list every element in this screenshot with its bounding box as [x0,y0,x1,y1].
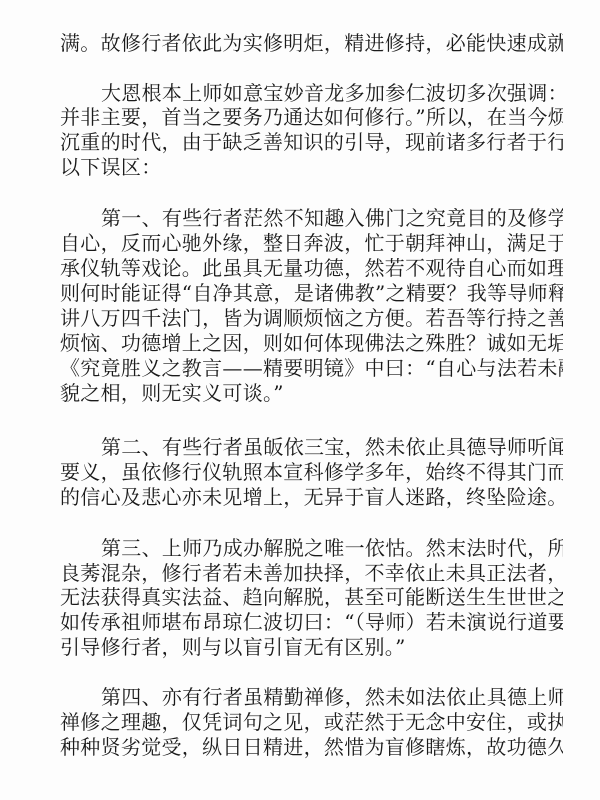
text-line: 貌之相，则无实义可谈。” [60,381,284,405]
paragraph-first-line: 大恩根本上师如意宝妙音龙多加参仁波切多次强调：“初行者 [101,81,563,105]
text-line: 沉重的时代，由于缺乏善知识的引导，现前诸多行者于行道中常 [60,130,563,154]
text-line: 良莠混杂，修行者若未善加抉择，不幸依止未具正法者，则不仅 [60,561,563,585]
text-line: 并非主要，首当之要务乃通达如何修行。”所以，在当今烦恼习 [60,105,563,129]
paragraph-first-line: 第三、上师乃成办解脱之唯一依怙。然末法时代，所谓之导 [101,536,563,560]
text-line: 如传承祖师堪布昂琼仁波切曰：“（导师）若未演说行道要义之理 [60,610,563,634]
paragraph-first-line: 第一、有些行者茫然不知趣入佛门之究竟目的及修学要义乃 [101,206,563,230]
text-line: 承仪轨等戏论。此虽具无量功德，然若不观待自心而如理如法行 [60,256,563,280]
text-line: 讲八万四千法门，皆为调顺烦恼之方便。若吾等行持之善法未成 [60,306,563,330]
text-line: 以下误区： [60,155,162,179]
text-line: 烦恼、功德增上之因，则如何体现佛法之殊胜？诚如无垢光尊者 [60,331,563,355]
text-line: 自心，反而心驰外缘，整日奔波，忙于朝拜神山，满足于听受诸 [60,231,563,255]
text-line: 要义，虽依修行仪轨照本宣科修学多年，始终不得其门而入，对 [60,460,563,484]
text-line: 的信心及悲心亦未见增上，无异于盲人迷路，终坠险途。 [60,485,563,509]
text-line: 则何时能证得“自净其意，是诸佛教”之精要？我等导师释迦牟尼 [60,281,563,305]
paragraph-first-line: 第四、亦有行者虽精勤禅修，然未如法依止具德上师，全然 [101,685,563,709]
text-line: 种种贤劣觉受，纵日日精进，然惜为盲修瞎炼，故功德久未增上 [60,735,563,759]
text-line: 引导修行者，则与以盲引盲无有区别。” [60,635,406,659]
text-line: 禅修之理趣，仅凭词句之见，或茫然于无念中安住，或执著于禅 [60,710,563,734]
document-page: 满。故修行者依此为实修明炬，精进修持，必能快速成就。 大恩根本上师如意宝妙音龙多… [0,0,600,800]
text-line: 无法获得真实法益、趋向解脱，甚至可能断送生生世世之善根慧 [60,585,563,609]
text-line: 满。故修行者依此为实修明炬，精进修持，必能快速成就。 [60,31,563,55]
paragraph-first-line: 第二、有些行者虽皈依三宝，然未依止具德导师听闻次第修 [101,435,563,459]
text-line: 《究竟胜义之教言——精要明镜》中曰：“自心与法若未融契，仁 [60,356,563,380]
text-area: 满。故修行者依此为实修明炬，精进修持，必能快速成就。 大恩根本上师如意宝妙音龙多… [0,0,563,800]
